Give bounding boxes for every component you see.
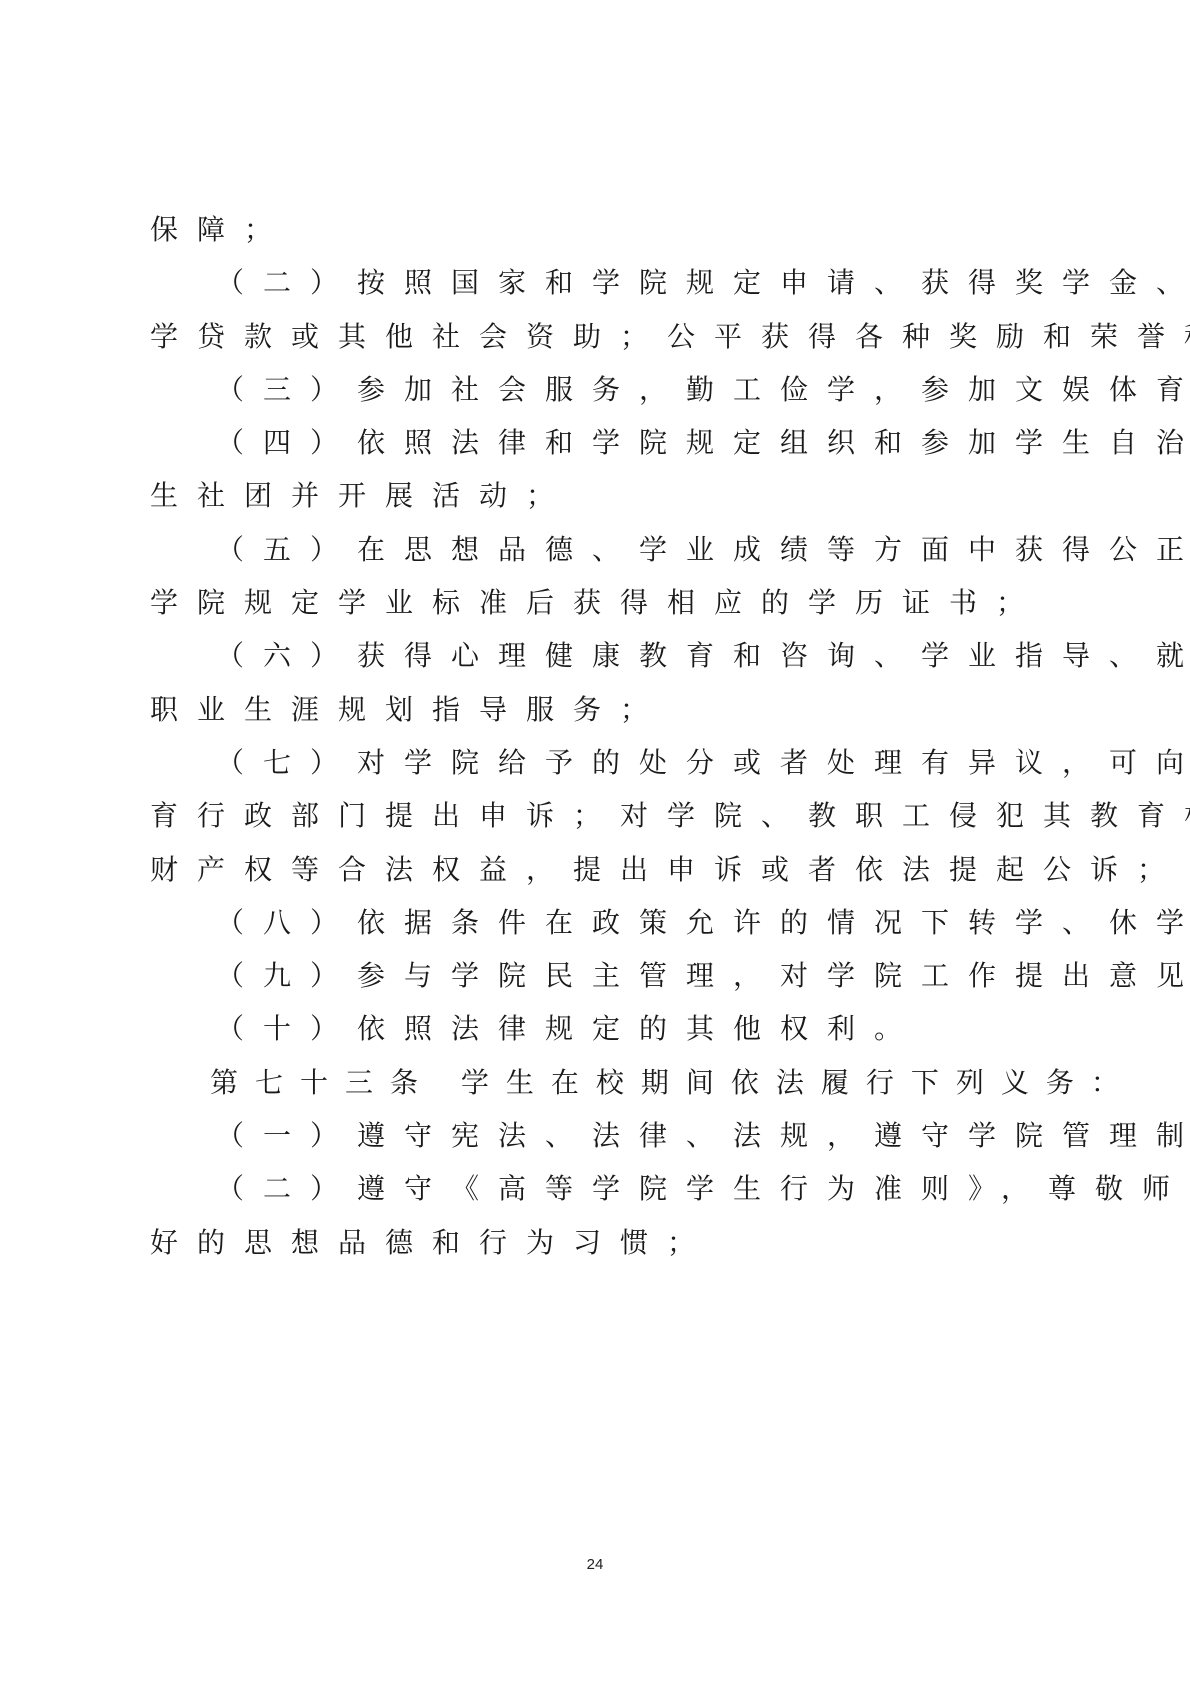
document-body: 保障； （二）按照国家和学院规定申请、获得奖学金、助学金、助 学贷款或其他社会资… xyxy=(150,203,980,1269)
duty-clause-1-line: （一）遵守宪法、法律、法规，遵守学院管理制度； xyxy=(150,1109,980,1162)
clause-2-continuation: 学贷款或其他社会资助；公平获得各种奖励和荣誉称号； xyxy=(150,310,980,363)
clause-4-line: （四）依照法律和学院规定组织和参加学生自治组织和学 xyxy=(150,416,980,469)
clause-6-line: （六）获得心理健康教育和咨询、学业指导、就业创业指导、 xyxy=(150,629,980,682)
clause-8-line: （八）依据条件在政策允许的情况下转学、休学、退学； xyxy=(150,896,980,949)
document-page: 保障； （二）按照国家和学院规定申请、获得奖学金、助学金、助 学贷款或其他社会资… xyxy=(0,0,1190,1683)
clause-9-line: （九）参与学院民主管理，对学院工作提出意见和建议； xyxy=(150,949,980,1002)
clause-4-continuation: 生社团并开展活动； xyxy=(150,469,980,522)
clause-3-line: （三）参加社会服务，勤工俭学，参加文娱体育活动； xyxy=(150,363,980,416)
duty-clause-2-line: （二）遵守《高等学院学生行为准则》，尊敬师长，养成良 xyxy=(150,1162,980,1215)
clause-2-line: （二）按照国家和学院规定申请、获得奖学金、助学金、助 xyxy=(150,256,980,309)
clause-7-continuation-2: 财产权等合法权益，提出申诉或者依法提起公诉； xyxy=(150,843,980,896)
clause-7-continuation-1: 育行政部门提出申诉；对学院、教职工侵犯其教育权、人身权、 xyxy=(150,789,980,842)
clause-10-line: （十）依照法律规定的其他权利。 xyxy=(150,1002,980,1055)
duty-clause-2-continuation: 好的思想品德和行为习惯； xyxy=(150,1216,980,1269)
article-73-heading: 第七十三条 学生在校期间依法履行下列义务： xyxy=(150,1056,980,1109)
clause-7-line: （七）对学院给予的处分或者处理有异议，可向学院或者教 xyxy=(150,736,980,789)
clause-5-continuation: 学院规定学业标准后获得相应的学历证书； xyxy=(150,576,980,629)
clause-5-line: （五）在思想品德、学业成绩等方面中获得公正评价，完成 xyxy=(150,523,980,576)
page-number: 24 xyxy=(0,1556,1190,1573)
clause-6-continuation: 职业生涯规划指导服务； xyxy=(150,683,980,736)
text-line-continuation: 保障； xyxy=(150,203,980,256)
